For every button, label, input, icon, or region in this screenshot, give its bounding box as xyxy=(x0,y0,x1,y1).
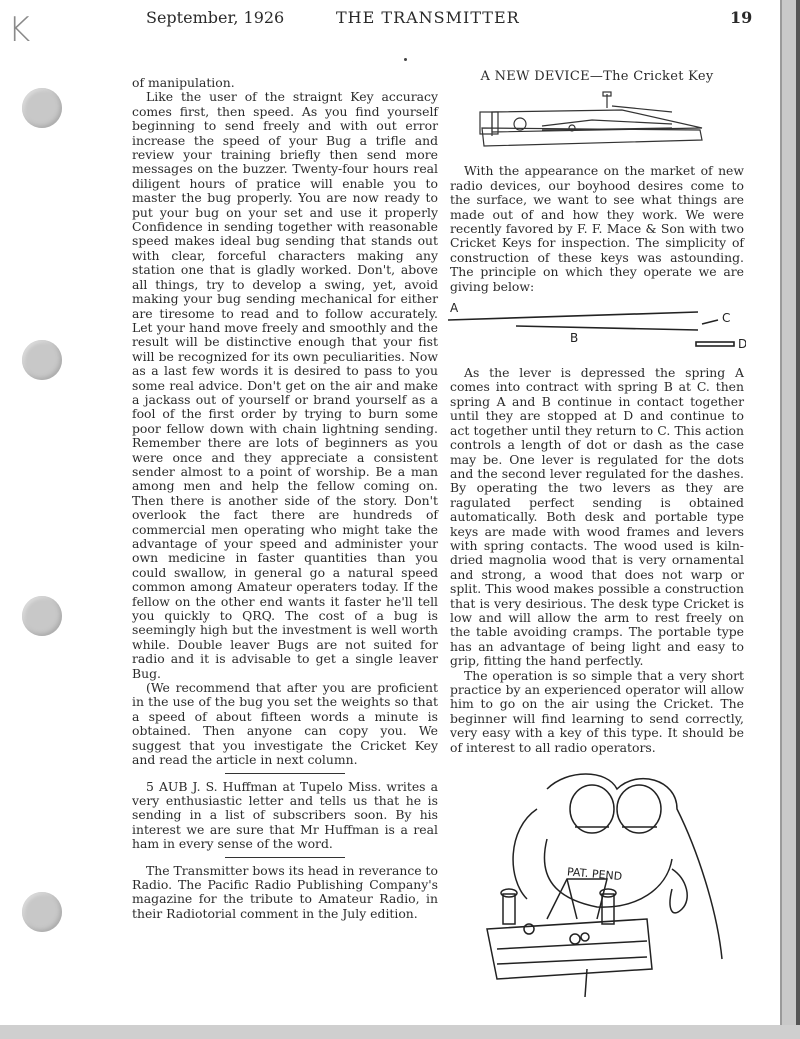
stray-dot xyxy=(404,58,407,61)
hand-holding-key-illustration-icon: PAT. PEND xyxy=(467,769,727,999)
punch-hole-icon xyxy=(22,88,62,128)
label-a: A xyxy=(450,301,459,315)
label-b: B xyxy=(570,331,578,345)
issue-date: September, 1926 xyxy=(146,8,284,27)
left-column: of manipulation. Like the user of the st… xyxy=(132,76,438,921)
punch-hole-icon xyxy=(22,340,62,380)
spring-diagram-icon: A B C D xyxy=(446,298,746,352)
label-d: D xyxy=(738,337,746,351)
cricket-key-illustration-icon xyxy=(472,90,722,154)
paragraph: Like the user of the straignt Key accura… xyxy=(132,90,438,681)
divider xyxy=(225,773,345,774)
article-headline: A NEW DEVICE—The Cricket Key xyxy=(450,70,744,84)
scan-bottom-edge xyxy=(0,1025,800,1039)
patent-pending-label: PAT. PEND xyxy=(566,865,622,883)
paragraph: (We recommend that after you are profici… xyxy=(132,681,438,767)
punch-hole-icon xyxy=(22,596,62,636)
punch-hole-icon xyxy=(22,892,62,932)
label-c: C xyxy=(722,311,730,325)
closing-paragraph: The operation is so simple that a very s… xyxy=(450,669,744,755)
intro-paragraph: With the appearance on the market of new… xyxy=(450,164,744,294)
publication-title: THE TRANSMITTER xyxy=(336,8,520,27)
note-radio: The Transmitter bows its head in reveran… xyxy=(132,864,438,922)
body-paragraph: As the lever is depressed the spring A c… xyxy=(450,366,744,669)
page-number: 19 xyxy=(730,8,752,27)
paragraph: of manipulation. xyxy=(132,76,438,90)
divider xyxy=(225,857,345,858)
page-header: September, 1926 THE TRANSMITTER 19 xyxy=(0,6,780,30)
right-column: A NEW DEVICE—The Cricket Key With the ap… xyxy=(450,70,744,999)
note-huffman: 5 AUB J. S. Huffman at Tupelo Miss. writ… xyxy=(132,780,438,852)
scan-right-edge xyxy=(780,0,800,1039)
